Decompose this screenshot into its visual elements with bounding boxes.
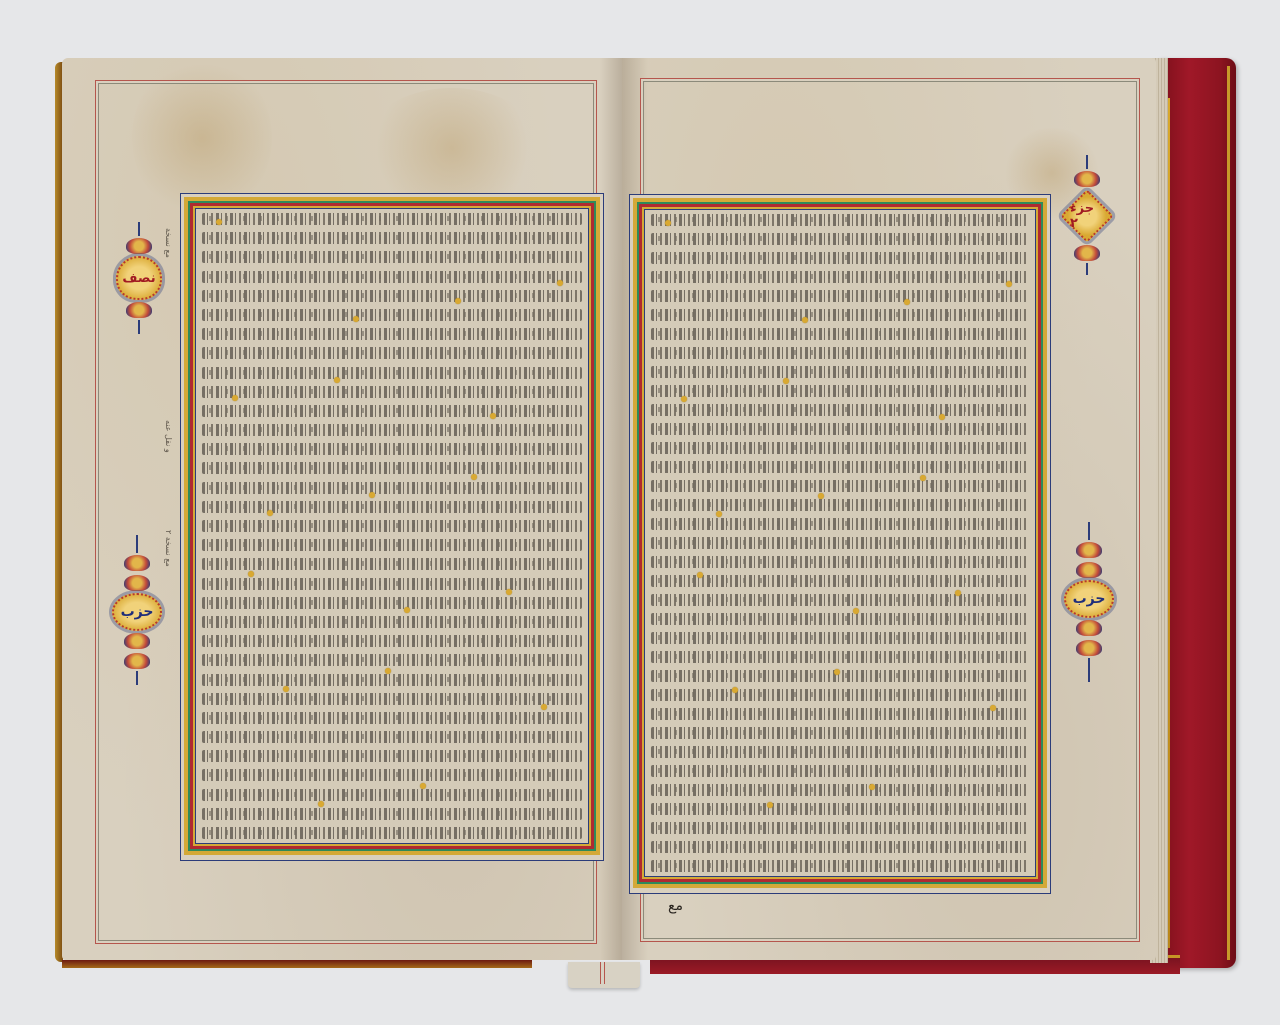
text-line: [202, 808, 582, 820]
text-line: [202, 424, 582, 436]
text-line: [202, 386, 582, 398]
text-lines: [651, 214, 1029, 872]
verse-marker: [939, 414, 945, 420]
text-line: [202, 558, 582, 570]
text-line: [651, 594, 1029, 606]
verse-marker: [267, 510, 273, 516]
text-line: [202, 501, 582, 513]
text-line: [651, 461, 1029, 473]
verse-marker: [557, 280, 563, 286]
verse-marker: [318, 801, 324, 807]
right-text-block: [629, 194, 1051, 894]
medallion-label: نصف: [122, 271, 155, 286]
verse-marker: [834, 669, 840, 675]
verse-marker: [541, 704, 547, 710]
text-line: [202, 674, 582, 686]
text-line: [202, 539, 582, 551]
verse-marker: [471, 474, 477, 480]
margin-note: و نقل عنه: [164, 420, 173, 453]
verse-marker: [216, 219, 222, 225]
text-line: [651, 708, 1029, 720]
text-line: [651, 480, 1029, 492]
text-line: [202, 462, 582, 474]
text-line: [651, 746, 1029, 758]
text-line: [202, 750, 582, 762]
verse-marker: [716, 511, 722, 517]
text-line: [651, 233, 1029, 245]
text-line: [202, 309, 582, 321]
juz-medallion: جزء ٢: [1068, 155, 1106, 275]
gilt-edge: [1227, 66, 1230, 960]
catchword: مع: [668, 898, 683, 914]
text-line: [202, 213, 582, 225]
text-line: [202, 616, 582, 628]
verse-marker: [232, 395, 238, 401]
text-line: [202, 328, 582, 340]
manuscript-spread: نصف حزب جزء ٢ حزب مع نسخة و نقل عنه مع ن…: [0, 0, 1280, 1025]
medallion-label: جزء ٢: [1070, 201, 1104, 231]
text-line: [651, 442, 1029, 454]
text-line: [651, 841, 1029, 853]
text-line: [651, 727, 1029, 739]
text-line: [202, 712, 582, 724]
text-line: [651, 518, 1029, 530]
text-line: [202, 731, 582, 743]
text-line: [651, 252, 1029, 264]
text-line: [651, 689, 1029, 701]
text-line: [202, 443, 582, 455]
verse-marker: [904, 299, 910, 305]
verse-marker: [420, 783, 426, 789]
text-line: [651, 822, 1029, 834]
text-line: [202, 693, 582, 705]
medallion-label: حزب: [121, 604, 154, 620]
verse-marker: [783, 378, 789, 384]
verse-marker: [490, 413, 496, 419]
text-line: [202, 251, 582, 263]
text-line: [651, 556, 1029, 568]
left-text-block: [180, 193, 604, 861]
verse-marker: [818, 493, 824, 499]
text-line: [651, 784, 1029, 796]
verse-marker: [404, 607, 410, 613]
text-line: [651, 765, 1029, 777]
page-tab: [568, 962, 640, 988]
text-line: [202, 578, 582, 590]
text-line: [651, 860, 1029, 872]
text-line: [651, 499, 1029, 511]
verse-marker: [506, 589, 512, 595]
text-line: [202, 789, 582, 801]
text-line: [202, 654, 582, 666]
text-line: [651, 290, 1029, 302]
text-line: [651, 613, 1029, 625]
text-line: [202, 769, 582, 781]
medallion-label: حزب: [1073, 591, 1106, 607]
text-line: [202, 597, 582, 609]
verse-marker: [665, 220, 671, 226]
verse-marker: [1006, 281, 1012, 287]
text-line: [651, 803, 1029, 815]
verse-marker: [385, 668, 391, 674]
verse-marker: [455, 298, 461, 304]
text-line: [202, 232, 582, 244]
text-line: [202, 290, 582, 302]
text-line: [202, 405, 582, 417]
text-line: [651, 632, 1029, 644]
verse-marker: [697, 572, 703, 578]
text-line: [651, 214, 1029, 226]
text-line: [202, 482, 582, 494]
verse-marker: [334, 377, 340, 383]
verse-marker: [920, 475, 926, 481]
verse-marker: [681, 396, 687, 402]
verse-marker: [369, 492, 375, 498]
text-line: [651, 366, 1029, 378]
text-line: [651, 670, 1029, 682]
verse-marker: [353, 316, 359, 322]
text-line: [651, 347, 1029, 359]
text-line: [202, 271, 582, 283]
text-line: [651, 575, 1029, 587]
hizb-medallion: حزب: [112, 535, 162, 685]
verse-marker: [248, 571, 254, 577]
verse-marker: [767, 802, 773, 808]
text-line: [202, 347, 582, 359]
text-line: [651, 271, 1029, 283]
text-line: [202, 635, 582, 647]
margin-note: مع نسخة: [164, 228, 173, 258]
text-lines: [202, 213, 582, 839]
text-line: [651, 385, 1029, 397]
text-line: [651, 651, 1029, 663]
hizb-medallion: حزب: [1064, 522, 1114, 682]
cover-bottom-left: [62, 960, 532, 968]
verse-marker: [283, 686, 289, 692]
text-line: [651, 537, 1029, 549]
text-line: [651, 404, 1029, 416]
verse-marker: [990, 705, 996, 711]
text-line: [651, 309, 1029, 321]
text-line: [651, 328, 1029, 340]
text-line: [202, 367, 582, 379]
text-line: [651, 423, 1029, 435]
text-line: [202, 827, 582, 839]
text-line: [202, 520, 582, 532]
verse-marker: [732, 687, 738, 693]
margin-note: مع نسخة ٢: [164, 530, 173, 567]
verse-marker: [955, 590, 961, 596]
verse-marker: [802, 317, 808, 323]
verse-marker: [853, 608, 859, 614]
verse-marker: [869, 784, 875, 790]
nisf-medallion: نصف: [116, 222, 162, 334]
red-leather-cover: [1158, 58, 1236, 968]
